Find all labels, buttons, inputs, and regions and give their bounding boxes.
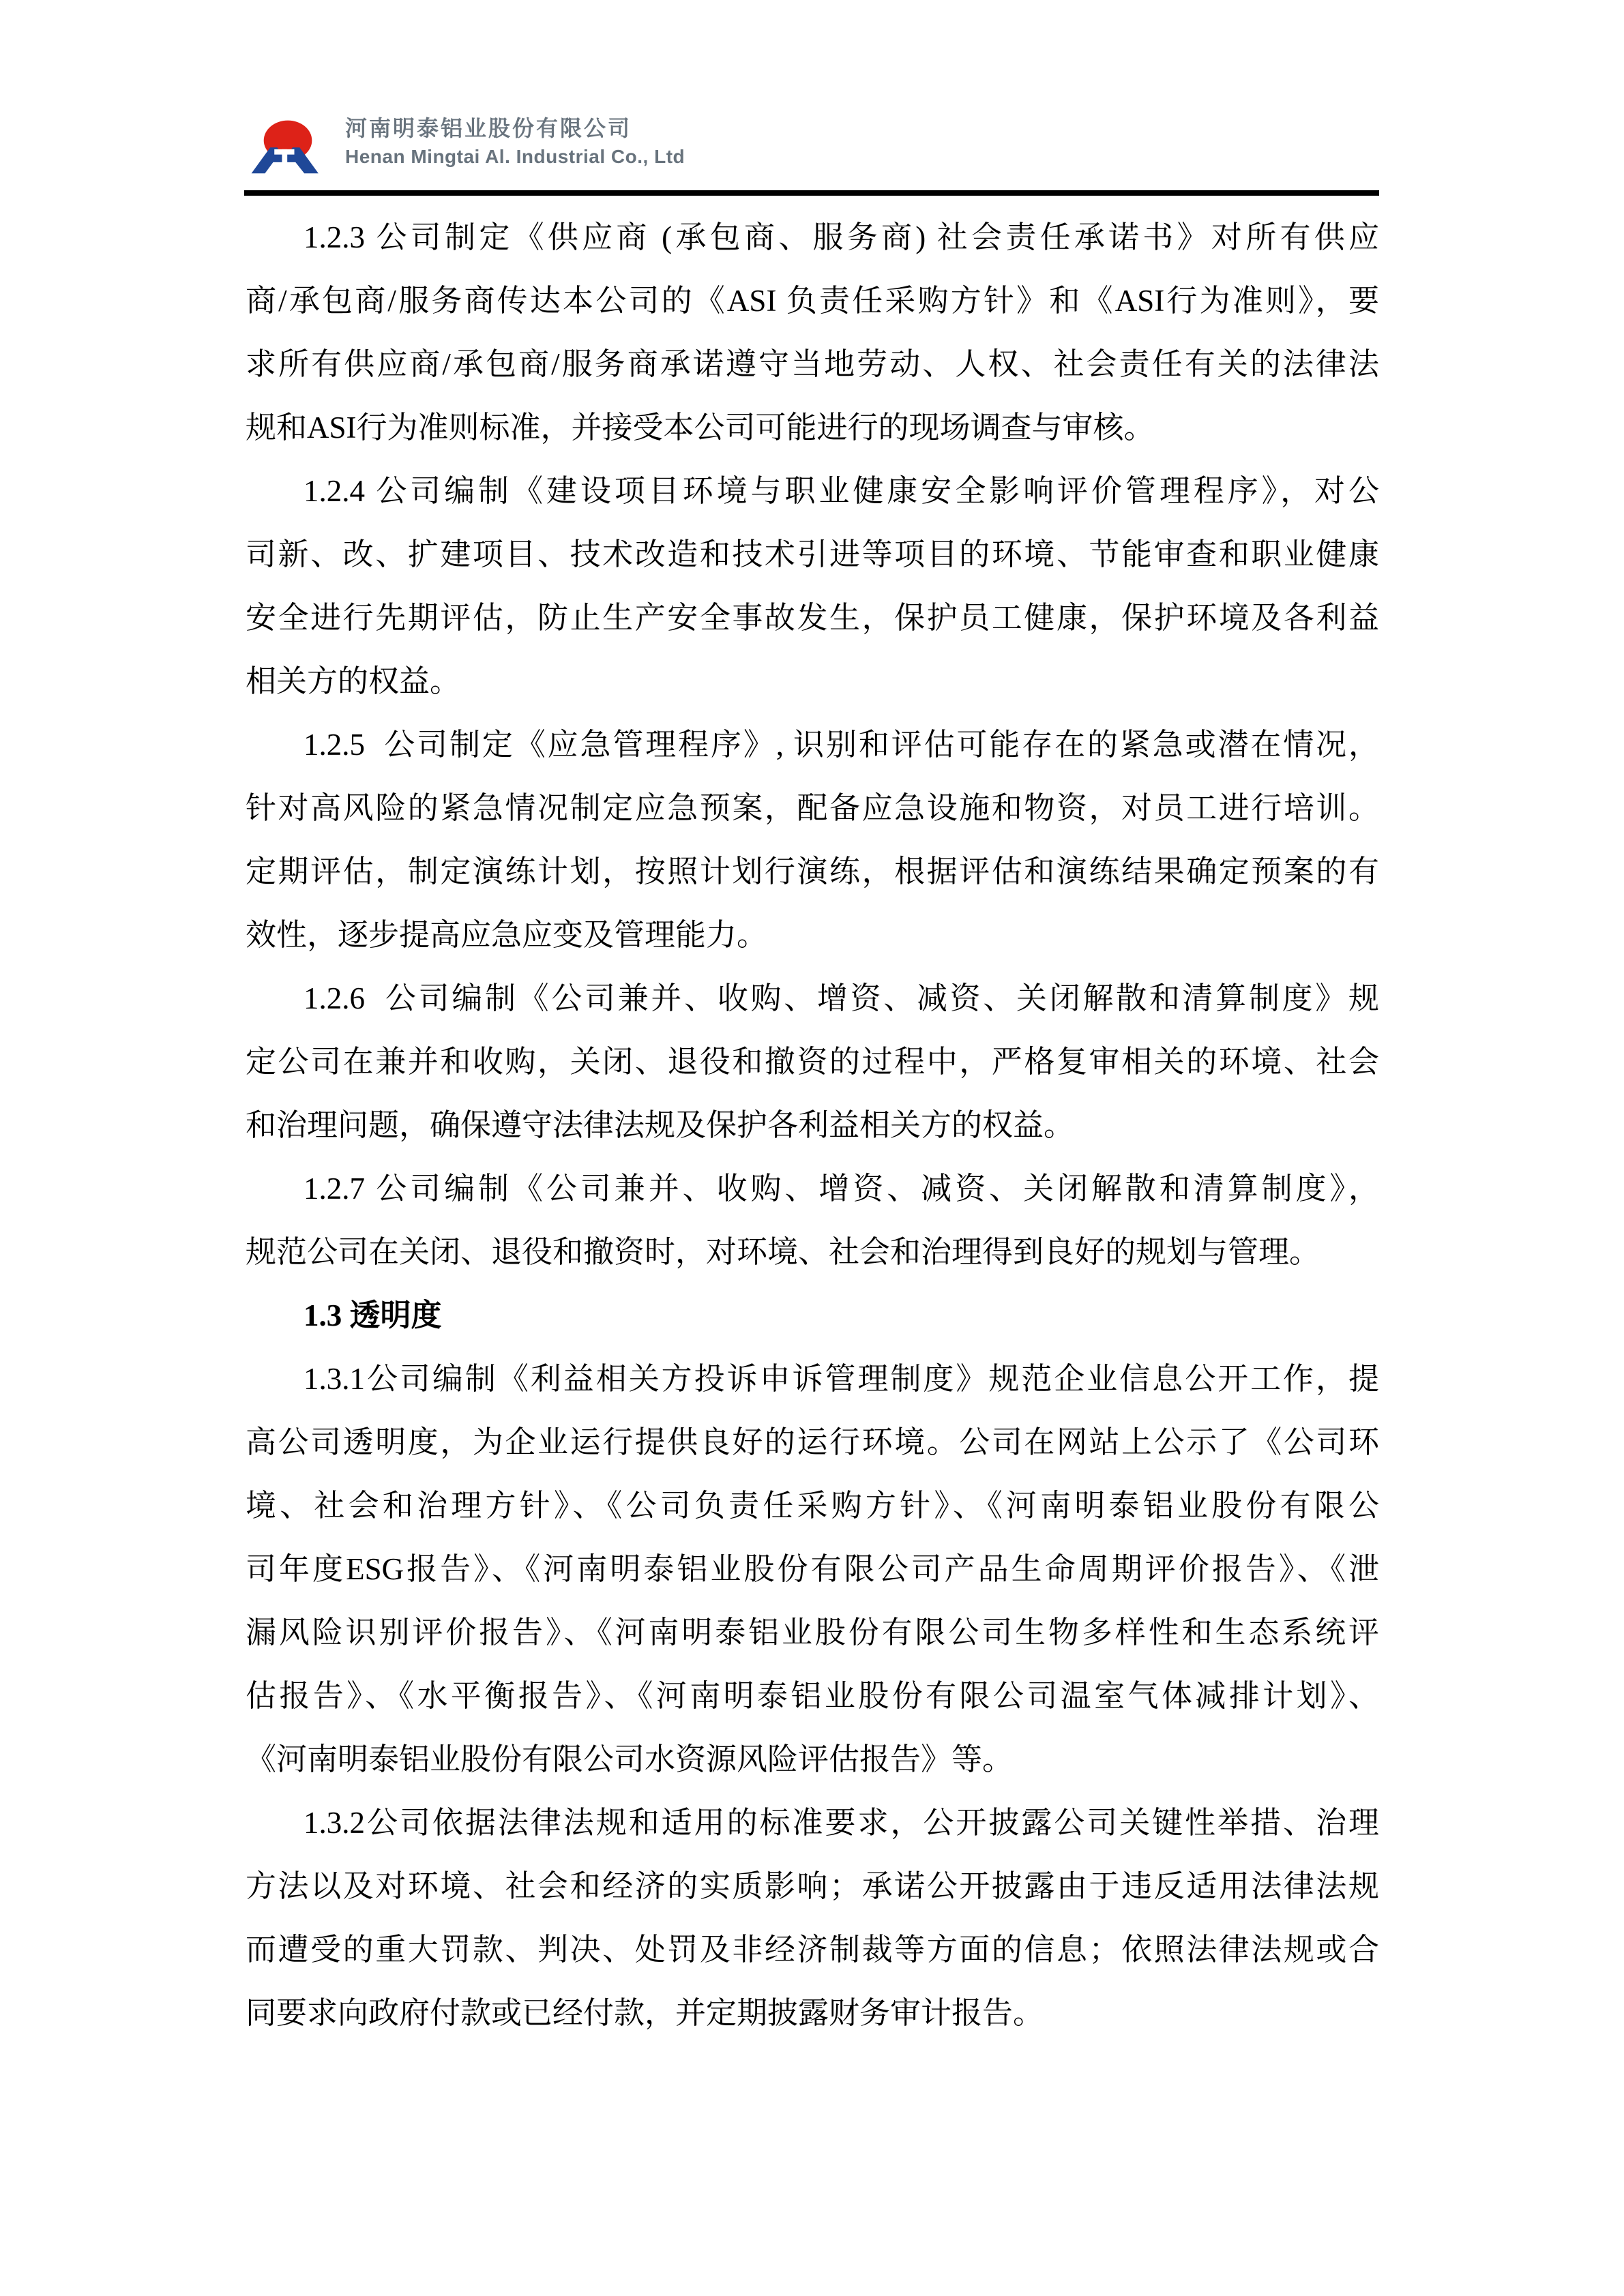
text-line: 1.3.1公司编制《利益相关方投诉申诉管理制度》规范企业信息公开工作，提	[246, 1347, 1379, 1411]
text-line: 而遭受的重大罚款、判决、处罚及非经济制裁等方面的信息；依照法律法规或合	[246, 1918, 1379, 1982]
text-line: 司新、改、扩建项目、技术改造和技术引进等项目的环境、节能审查和职业健康	[246, 523, 1379, 586]
paragraph: 1.2.6 公司编制《公司兼并、收购、增资、减资、关闭解散和清算制度》规定公司在…	[246, 967, 1379, 1157]
paragraph: 1.2.5 公司制定《应急管理程序》, 识别和评估可能存在的紧急或潜在情况，针对…	[246, 713, 1379, 967]
text-line: 效性，逐步提高应急应变及管理能力。	[246, 904, 1379, 967]
text-line: 1.3 透明度	[246, 1284, 1379, 1347]
company-logo-icon	[246, 115, 322, 179]
text-line: 商/承包商/服务商传达本公司的《ASI 负责任采购方针》和《ASI行为准则》，要	[246, 269, 1379, 333]
text-line: 相关方的权益。	[246, 650, 1379, 713]
company-name-block: 河南明泰铝业股份有限公司 Henan Mingtai Al. Industria…	[345, 115, 685, 169]
text-line: 规范公司在关闭、退役和撤资时，对环境、社会和治理得到良好的规划与管理。	[246, 1221, 1379, 1284]
text-line: 求所有供应商/承包商/服务商承诺遵守当地劳动、人权、社会责任有关的法律法	[246, 333, 1379, 396]
header: 河南明泰铝业股份有限公司 Henan Mingtai Al. Industria…	[246, 115, 1379, 179]
text-line: 《河南明泰铝业股份有限公司水资源风险评估报告》等。	[246, 1728, 1379, 1791]
text-line: 针对高风险的紧急情况制定应急预案，配备应急设施和物资，对员工进行培训。	[246, 777, 1379, 840]
text-line: 1.2.4 公司编制《建设项目环境与职业健康安全影响评价管理程序》，对公	[246, 460, 1379, 523]
paragraph: 1.3.2公司依据法律法规和适用的标准要求，公开披露公司关键性举措、治理方法以及…	[246, 1791, 1379, 2045]
paragraph: 1.2.4 公司编制《建设项目环境与职业健康安全影响评价管理程序》，对公司新、改…	[246, 460, 1379, 713]
document-page: 河南明泰铝业股份有限公司 Henan Mingtai Al. Industria…	[0, 0, 1624, 2296]
text-line: 境、社会和治理方针》、《公司负责任采购方针》、《河南明泰铝业股份有限公	[246, 1474, 1379, 1538]
paragraph: 1.2.7 公司编制《公司兼并、收购、增资、减资、关闭解散和清算制度》，规范公司…	[246, 1157, 1379, 1284]
text-line: 估报告》、《水平衡报告》、《河南明泰铝业股份有限公司温室气体减排计划》、	[246, 1665, 1379, 1728]
text-line: 方法以及对环境、社会和经济的实质影响；承诺公开披露由于违反适用法律法规	[246, 1855, 1379, 1918]
paragraph: 1.3.1公司编制《利益相关方投诉申诉管理制度》规范企业信息公开工作，提高公司透…	[246, 1347, 1379, 1791]
text-line: 高公司透明度，为企业运行提供良好的运行环境。公司在网站上公示了《公司环	[246, 1411, 1379, 1474]
text-line: 1.2.5 公司制定《应急管理程序》, 识别和评估可能存在的紧急或潜在情况，	[246, 713, 1379, 777]
text-line: 安全进行先期评估，防止生产安全事故发生，保护员工健康，保护环境及各利益	[246, 586, 1379, 650]
text-line: 定期评估，制定演练计划，按照计划行演练，根据评估和演练结果确定预案的有	[246, 840, 1379, 904]
header-divider	[244, 190, 1379, 196]
text-line: 定公司在兼并和收购，关闭、退役和撤资的过程中，严格复审相关的环境、社会	[246, 1030, 1379, 1094]
text-line: 漏风险识别评价报告》、《河南明泰铝业股份有限公司生物多样性和生态系统评	[246, 1601, 1379, 1665]
company-name-en: Henan Mingtai Al. Industrial Co., Ltd	[345, 145, 685, 169]
section-heading: 1.3 透明度	[246, 1284, 1379, 1347]
text-line: 司年度ESG报告》、《河南明泰铝业股份有限公司产品生命周期评价报告》、《泄	[246, 1538, 1379, 1601]
text-line: 1.3.2公司依据法律法规和适用的标准要求，公开披露公司关键性举措、治理	[246, 1791, 1379, 1855]
text-line: 1.2.3 公司制定《供应商 (承包商、服务商) 社会责任承诺书》对所有供应	[246, 206, 1379, 269]
text-line: 同要求向政府付款或已经付款，并定期披露财务审计报告。	[246, 1982, 1379, 2045]
text-line: 规和ASI行为准则标准，并接受本公司可能进行的现场调查与审核。	[246, 396, 1379, 460]
text-line: 和治理问题，确保遵守法律法规及保护各利益相关方的权益。	[246, 1094, 1379, 1157]
paragraph: 1.2.3 公司制定《供应商 (承包商、服务商) 社会责任承诺书》对所有供应商/…	[246, 206, 1379, 460]
text-line: 1.2.7 公司编制《公司兼并、收购、增资、减资、关闭解散和清算制度》，	[246, 1157, 1379, 1221]
company-name-zh: 河南明泰铝业股份有限公司	[345, 115, 685, 142]
document-body: 1.2.3 公司制定《供应商 (承包商、服务商) 社会责任承诺书》对所有供应商/…	[246, 206, 1379, 2045]
logo-t-stem	[282, 149, 287, 173]
text-line: 1.2.6 公司编制《公司兼并、收购、增资、减资、关闭解散和清算制度》规	[246, 967, 1379, 1030]
